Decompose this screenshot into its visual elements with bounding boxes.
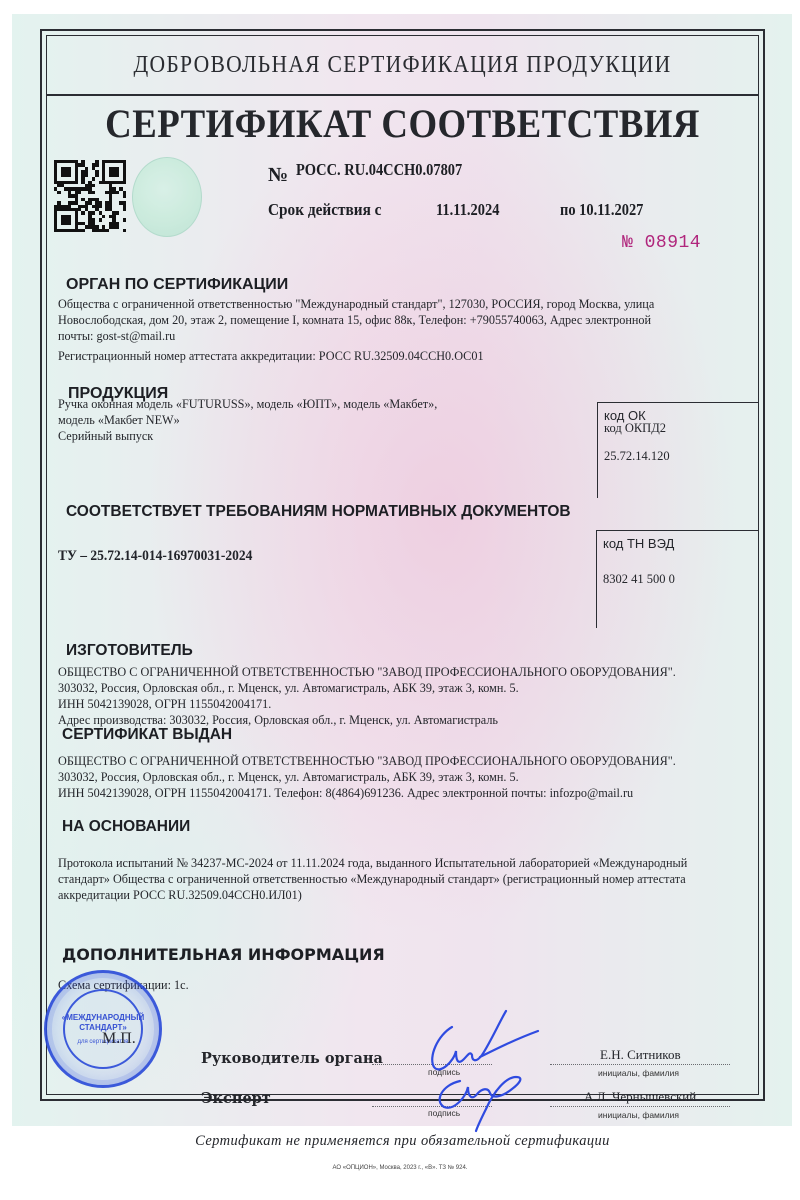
- name-line: [550, 1064, 730, 1065]
- expert-name: А.Л. Чернышевский: [584, 1089, 696, 1105]
- certification-type-title: ДОБРОВОЛЬНАЯ СЕРТИФИКАЦИЯ ПРОДУКЦИИ: [82, 52, 724, 79]
- blank-serial-number: № 08914: [622, 233, 701, 253]
- head-name: Е.Н. Ситников: [600, 1047, 681, 1063]
- issued-to-title: СЕРТИФИКАТ ВЫДАН: [62, 726, 232, 744]
- header-divider: [46, 94, 759, 96]
- text-line: Протокола испытаний № 34237-МС-2024 от 1…: [58, 855, 721, 871]
- tnved-code-box: код ТН ВЭД 8302 41 500 0: [596, 530, 759, 628]
- text-line: почты: gost-st@mail.ru: [58, 328, 716, 344]
- stamp-place-label: М.П.: [102, 1030, 136, 1048]
- text-line: Новослободская, дом 20, этаж 2, помещени…: [58, 312, 716, 328]
- text-line: аккредитации РОСС RU.32509.04ССН0.ИЛ01): [58, 887, 721, 903]
- valid-from-date: 11.11.2024: [436, 200, 499, 220]
- code-label: код ТН ВЭД: [603, 537, 759, 550]
- tnved-code-value: 8302 41 500 0: [603, 572, 759, 587]
- product-details: Ручка оконная модель «FUTURUSS», модель …: [58, 396, 578, 444]
- qr-code-icon: [54, 160, 126, 232]
- issued-to-details: ОБЩЕСТВО С ОГРАНИЧЕННОЙ ОТВЕТСТВЕННОСТЬЮ…: [58, 753, 758, 801]
- expert-label: Эксперт: [201, 1090, 271, 1107]
- document-title: СЕРТИФИКАТ СООТВЕТСТВИЯ: [75, 100, 731, 147]
- product-name-line: модель «Макбет NEW»: [58, 412, 547, 428]
- valid-to-date: по 10.11.2027: [560, 200, 643, 220]
- accreditation-number: Регистрационный номер аттестата аккредит…: [58, 348, 716, 364]
- seal-text: «МЕЖДУНАРОДНЫЙ: [47, 1013, 159, 1023]
- text-line: ИНН 5042139028, ОГРН 1155042004171.: [58, 696, 716, 712]
- text-line: 303032, Россия, Орловская обл., г. Мценс…: [58, 769, 716, 785]
- certification-body-title: ОРГАН ПО СЕРТИФИКАЦИИ: [66, 276, 288, 294]
- code-label: код ОКПД2: [604, 422, 759, 435]
- footer-note: Сертификат не применяется при обязательн…: [46, 1133, 759, 1150]
- official-seal-icon: «МЕЖДУНАРОДНЫЙ СТАНДАРТ» для сертификато…: [44, 970, 162, 1088]
- normative-document: ТУ – 25.72.14-014-16970031-2024: [58, 548, 252, 565]
- compliance-title: СООТВЕТСТВУЕТ ТРЕБОВАНИЯМ НОРМАТИВНЫХ ДО…: [66, 503, 571, 521]
- validity-label: Срок действия с: [268, 200, 381, 220]
- product-name-line: Ручка оконная модель «FUTURUSS», модель …: [58, 396, 547, 412]
- basis-details: Протокола испытаний № 34237-МС-2024 от 1…: [58, 855, 763, 903]
- name-caption: инициалы, фамилия: [598, 1068, 679, 1078]
- text-line: Общества с ограниченной ответственностью…: [58, 296, 716, 312]
- handwritten-signature-icon: [420, 1005, 560, 1135]
- certificate-number: РОСС. RU.04ССН0.07807: [296, 160, 462, 180]
- hologram-seal-icon: [132, 157, 202, 237]
- text-line: ОБЩЕСТВО С ОГРАНИЧЕННОЙ ОТВЕТСТВЕННОСТЬЮ…: [58, 664, 716, 680]
- manufacturer-details: ОБЩЕСТВО С ОГРАНИЧЕННОЙ ОТВЕТСТВЕННОСТЬЮ…: [58, 664, 758, 728]
- basis-title: НА ОСНОВАНИИ: [62, 818, 190, 836]
- text-line: 303032, Россия, Орловская обл., г. Мценс…: [58, 680, 716, 696]
- name-caption: инициалы, фамилия: [598, 1110, 679, 1120]
- text-line: ИНН 5042139028, ОГРН 1155042004171. Теле…: [58, 785, 716, 801]
- additional-info-title: ДОПОЛНИТЕЛЬНАЯ ИНФОРМАЦИЯ: [62, 945, 385, 964]
- text-line: стандарт» Общества с ограниченной ответс…: [58, 871, 721, 887]
- certification-body-details: Общества с ограниченной ответственностью…: [58, 296, 758, 364]
- okpd2-code-box: код ОК код ОКПД2 25.72.14.120: [597, 402, 759, 498]
- text-line: ОБЩЕСТВО С ОГРАНИЧЕННОЙ ОТВЕТСТВЕННОСТЬЮ…: [58, 753, 716, 769]
- name-line: [550, 1106, 730, 1107]
- head-of-body-label: Руководитель органа: [201, 1050, 383, 1067]
- number-sign: №: [268, 164, 288, 187]
- printer-imprint: АО «ОПЦИОН», Москва, 2023 г., «В». ТЗ № …: [0, 1165, 800, 1171]
- okpd2-code-value: 25.72.14.120: [604, 449, 759, 464]
- production-type: Серийный выпуск: [58, 428, 547, 444]
- manufacturer-title: ИЗГОТОВИТЕЛЬ: [66, 642, 193, 660]
